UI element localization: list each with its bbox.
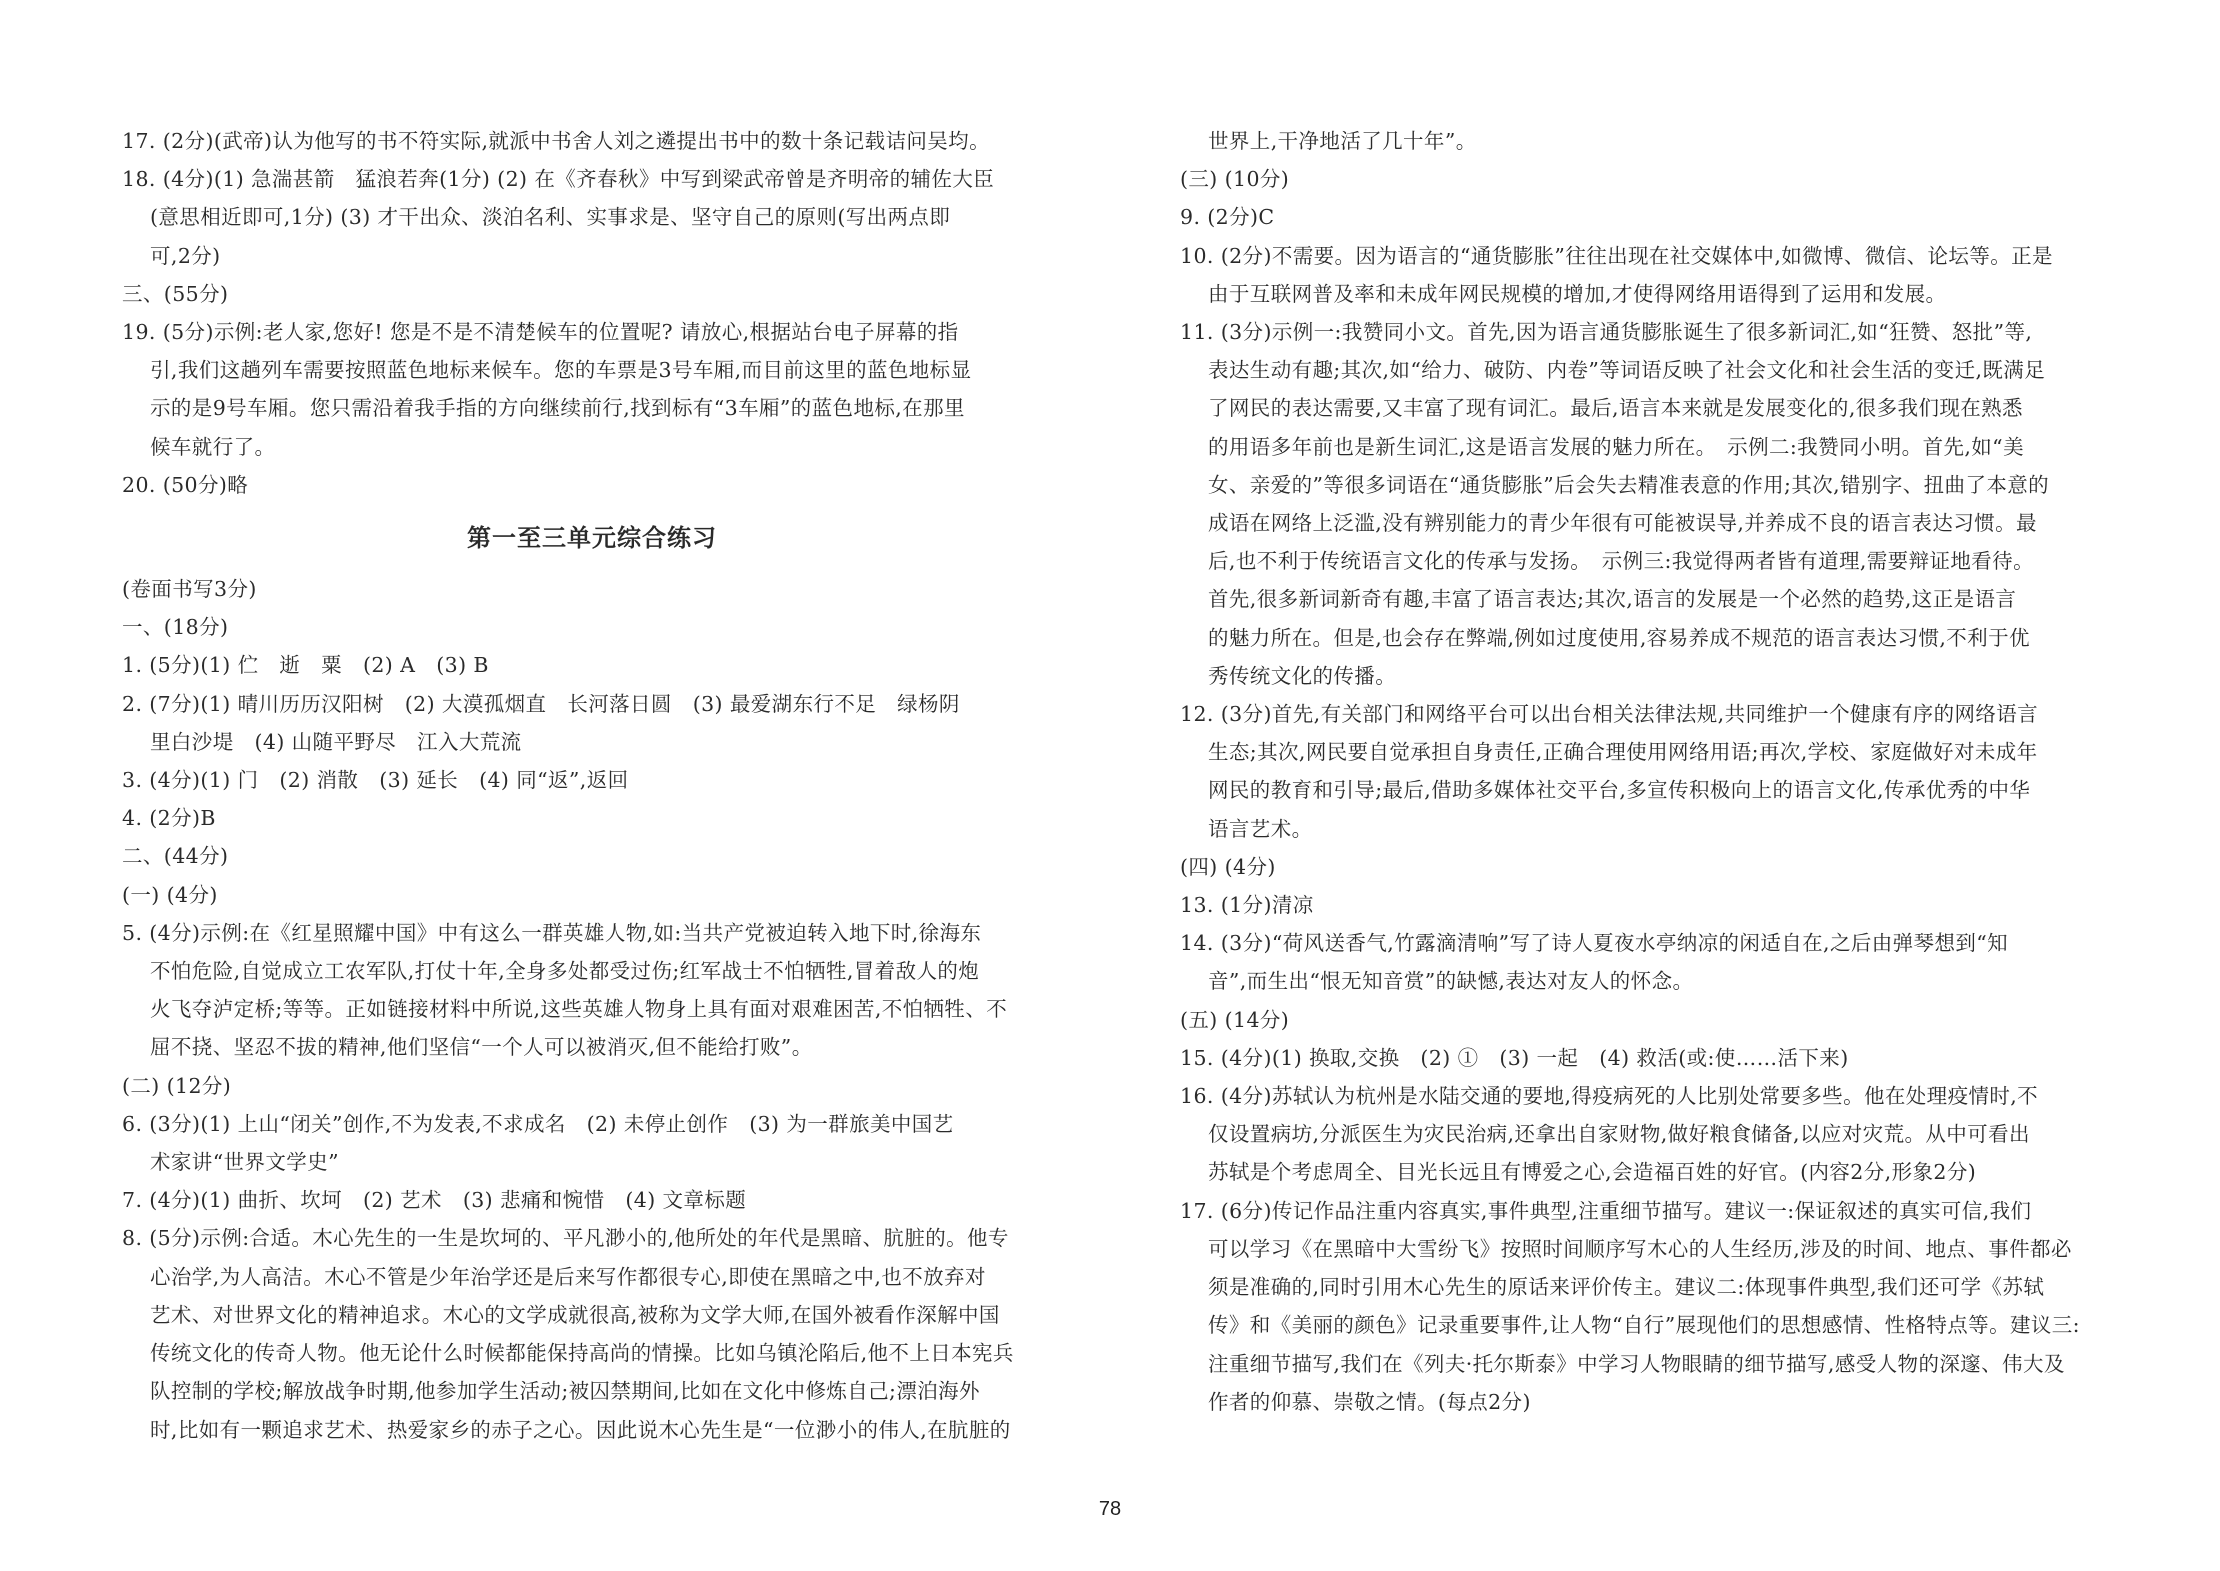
answer-line: (卷面书写3分) — [122, 570, 1062, 608]
answer-item: (二) (12分) — [122, 1067, 1062, 1105]
answer-item: 7. (4分)(1) 曲折、坎坷 (2) 艺术 (3) 悲痛和惋惜 (4) 文章… — [122, 1181, 1062, 1219]
answer-continuation-line: 示的是9号车厢。您只需沿着我手指的方向继续前行,找到标有“3车厢”的蓝色地标,在… — [122, 389, 1062, 427]
answer-item: 9. (2分)C — [1180, 198, 2120, 236]
answer-continuation-line: 首先,很多新词新奇有趣,丰富了语言表达;其次,语言的发展是一个必然的趋势,这正是… — [1180, 580, 2120, 618]
answer-continuation-line: 由于互联网普及率和未成年网民规模的增加,才使得网络用语得到了运用和发展。 — [1180, 275, 2120, 313]
answer-continuation-line: 注重细节描写,我们在《列夫·托尔斯泰》中学习人物眼睛的细节描写,感受人物的深邃、… — [1180, 1345, 2120, 1383]
answer-item: 10. (2分)不需要。因为语言的“通货膨胀”往往出现在社交媒体中,如微博、微信… — [1180, 237, 2120, 313]
answer-item: 3. (4分)(1) 门 (2) 消散 (3) 延长 (4) 同“返”,返回 — [122, 761, 1062, 799]
answer-continuation-line: 艺术、对世界文化的精神追求。木心的文学成就很高,被称为文学大师,在国外被看作深解… — [122, 1296, 1062, 1334]
answer-line: 17. (2分)(武帝)认为他写的书不符实际,就派中书舍人刘之遴提出书中的数十条… — [122, 122, 1062, 160]
answer-continuation-line: 后,也不利于传统语言文化的传承与发扬。 示例三:我觉得两者皆有道理,需要辩证地看… — [1180, 542, 2120, 580]
answer-continuation-line: 引,我们这趟列车需要按照蓝色地标来候车。您的车票是3号车厢,而目前这里的蓝色地标… — [122, 351, 1062, 389]
answer-item: 19. (5分)示例:老人家,您好! 您是不是不清楚候车的位置呢? 请放心,根据… — [122, 313, 1062, 466]
answer-continuation-line: 可,2分) — [122, 237, 1062, 275]
answer-continuation-line: 仅设置病坊,分派医生为灾民治病,还拿出自家财物,做好粮食储备,以应对灾荒。从中可… — [1180, 1115, 2120, 1153]
answer-line: (一) (4分) — [122, 876, 1062, 914]
answer-item: (卷面书写3分) — [122, 570, 1062, 608]
right-column: 世界上,干净地活了几十年”。(三) (10分)9. (2分)C10. (2分)不… — [1180, 122, 2120, 1421]
answer-item: 三、(55分) — [122, 275, 1062, 313]
section-title: 第一至三单元综合练习 — [122, 518, 1062, 558]
answer-line: 2. (7分)(1) 晴川历历汉阳树 (2) 大漠孤烟直 长河落日圆 (3) 最… — [122, 685, 1062, 723]
answer-item: 一、(18分) — [122, 608, 1062, 646]
answer-item: (一) (4分) — [122, 876, 1062, 914]
answer-continuation-line: 术家讲“世界文学史” — [122, 1143, 1062, 1181]
answer-item: 20. (50分)略 — [122, 466, 1062, 504]
answer-line: 19. (5分)示例:老人家,您好! 您是不是不清楚候车的位置呢? 请放心,根据… — [122, 313, 1062, 351]
answer-item: 4. (2分)B — [122, 799, 1062, 837]
answer-item: 1. (5分)(1) 伫 逝 粟 (2) A (3) B — [122, 646, 1062, 684]
answer-line: (三) (10分) — [1180, 160, 2120, 198]
answer-line: 17. (6分)传记作品注重内容真实,事件典型,注重细节描写。建议一:保证叙述的… — [1180, 1192, 2120, 1230]
answer-line: 15. (4分)(1) 换取,交换 (2) ① (3) 一起 (4) 救活(或:… — [1180, 1039, 2120, 1077]
answer-continuation-line: 的魅力所在。但是,也会存在弊端,例如过度使用,容易养成不规范的语言表达习惯,不利… — [1180, 619, 2120, 657]
answer-item: 8. (5分)示例:合适。木心先生的一生是坎坷的、平凡渺小的,他所处的年代是黑暗… — [122, 1219, 1062, 1448]
answer-continuation-line: 屈不挠、坚忍不拔的精神,他们坚信“一个人可以被消灭,但不能给打败”。 — [122, 1028, 1062, 1066]
answer-item: 17. (2分)(武帝)认为他写的书不符实际,就派中书舍人刘之遴提出书中的数十条… — [122, 122, 1062, 160]
answer-line: (二) (12分) — [122, 1067, 1062, 1105]
answer-item: 13. (1分)清凉 — [1180, 886, 2120, 924]
answer-line: 三、(55分) — [122, 275, 1062, 313]
answer-continuation-line: 的用语多年前也是新生词汇,这是语言发展的魅力所在。 示例二:我赞同小明。首先,如… — [1180, 428, 2120, 466]
answers-previous-unit: 17. (2分)(武帝)认为他写的书不符实际,就派中书舍人刘之遴提出书中的数十条… — [122, 122, 1062, 504]
answer-item: 12. (3分)首先,有关部门和网络平台可以出台相关法律法规,共同维护一个健康有… — [1180, 695, 2120, 848]
answer-continuation-line: 不怕危险,自觉成立工农军队,打仗十年,全身多处都受过伤;红军战士不怕牺牲,冒着敌… — [122, 952, 1062, 990]
answer-continuation-line: 须是准确的,同时引用木心先生的原话来评价传主。建议二:体现事件典型,我们还可学《… — [1180, 1268, 2120, 1306]
answer-continuation-line: 作者的仰慕、崇敬之情。(每点2分) — [1180, 1383, 2120, 1421]
answer-item: (四) (4分) — [1180, 848, 2120, 886]
answer-continuation-line: 可以学习《在黑暗中大雪纷飞》按照时间顺序写木心的人生经历,涉及的时间、地点、事件… — [1180, 1230, 2120, 1268]
document-page: 17. (2分)(武帝)认为他写的书不符实际,就派中书舍人刘之遴提出书中的数十条… — [0, 0, 2220, 1571]
answer-continuation-line: 心治学,为人高洁。木心不管是少年治学还是后来写作都很专心,即使在黑暗之中,也不放… — [122, 1258, 1062, 1296]
answer-item: 16. (4分)苏轼认为杭州是水陆交通的要地,得疫病死的人比别处常要多些。他在处… — [1180, 1077, 2120, 1192]
answer-continuation-line: 生态;其次,网民要自觉承担自身责任,正确合理使用网络用语;再次,学校、家庭做好对… — [1180, 733, 2120, 771]
answer-line: 1. (5分)(1) 伫 逝 粟 (2) A (3) B — [122, 646, 1062, 684]
answer-continuation-line: 女、亲爱的”等很多词语在“通货膨胀”后会失去精准表意的作用;其次,错别字、扭曲了… — [1180, 466, 2120, 504]
answer-item: 11. (3分)示例一:我赞同小文。首先,因为语言通货膨胀诞生了很多新词汇,如“… — [1180, 313, 2120, 695]
answer-line: 3. (4分)(1) 门 (2) 消散 (3) 延长 (4) 同“返”,返回 — [122, 761, 1062, 799]
answer-continuation-line: 苏轼是个考虑周全、目光长远且有博爱之心,会造福百姓的好官。(内容2分,形象2分) — [1180, 1153, 2120, 1191]
answer-line: 9. (2分)C — [1180, 198, 2120, 236]
page-number: 78 — [0, 1498, 2220, 1521]
answer-line: 11. (3分)示例一:我赞同小文。首先,因为语言通货膨胀诞生了很多新词汇,如“… — [1180, 313, 2120, 351]
answer-line: 16. (4分)苏轼认为杭州是水陆交通的要地,得疫病死的人比别处常要多些。他在处… — [1180, 1077, 2120, 1115]
answer-item: 14. (3分)“荷风送香气,竹露滴清响”写了诗人夏夜水亭纳凉的闲适自在,之后由… — [1180, 924, 2120, 1000]
answer-continuation-line: 成语在网络上泛滥,没有辨别能力的青少年很有可能被误导,并养成不良的语言表达习惯。… — [1180, 504, 2120, 542]
answer-line: 12. (3分)首先,有关部门和网络平台可以出台相关法律法规,共同维护一个健康有… — [1180, 695, 2120, 733]
answer-continuation-line: 传统文化的传奇人物。他无论什么时候都能保持高尚的情操。比如乌镇沦陷后,他不上日本… — [122, 1334, 1062, 1372]
answer-continuation-line: 表达生动有趣;其次,如“给力、破防、内卷”等词语反映了社会文化和社会生活的变迁,… — [1180, 351, 2120, 389]
answer-line: 10. (2分)不需要。因为语言的“通货膨胀”往往出现在社交媒体中,如微博、微信… — [1180, 237, 2120, 275]
answer-line: 二、(44分) — [122, 837, 1062, 875]
answer-continuation-line: 秀传统文化的传播。 — [1180, 657, 2120, 695]
answer-line: 7. (4分)(1) 曲折、坎坷 (2) 艺术 (3) 悲痛和惋惜 (4) 文章… — [122, 1181, 1062, 1219]
answer-continuation-line: 里白沙堤 (4) 山随平野尽 江入大荒流 — [122, 723, 1062, 761]
answer-continuation-line: 时,比如有一颗追求艺术、热爱家乡的赤子之心。因此说木心先生是“一位渺小的伟人,在… — [122, 1411, 1062, 1449]
left-column: 17. (2分)(武帝)认为他写的书不符实际,就派中书舍人刘之遴提出书中的数十条… — [122, 122, 1062, 1449]
answer-continuation-line: 网民的教育和引导;最后,借助多媒体社交平台,多宣传积极向上的语言文化,传承优秀的… — [1180, 771, 2120, 809]
answer-item: (五) (14分) — [1180, 1001, 2120, 1039]
answer-continuation-line: 火飞夺泸定桥;等等。正如链接材料中所说,这些英雄人物身上具有面对艰难困苦,不怕牺… — [122, 990, 1062, 1028]
answer-line: (五) (14分) — [1180, 1001, 2120, 1039]
answers-unit-1-3: (卷面书写3分)一、(18分)1. (5分)(1) 伫 逝 粟 (2) A (3… — [122, 570, 1062, 1449]
answer-item: 6. (3分)(1) 上山“闭关”创作,不为发表,不求成名 (2) 未停止创作 … — [122, 1105, 1062, 1181]
answer-line: 8. (5分)示例:合适。木心先生的一生是坎坷的、平凡渺小的,他所处的年代是黑暗… — [122, 1219, 1062, 1257]
answer-line: 一、(18分) — [122, 608, 1062, 646]
answer-line: 14. (3分)“荷风送香气,竹露滴清响”写了诗人夏夜水亭纳凉的闲适自在,之后由… — [1180, 924, 2120, 962]
answer-line: (四) (4分) — [1180, 848, 2120, 886]
answer-line: 13. (1分)清凉 — [1180, 886, 2120, 924]
answer-item: 二、(44分) — [122, 837, 1062, 875]
answer-line: 20. (50分)略 — [122, 466, 1062, 504]
answer-line: 5. (4分)示例:在《红星照耀中国》中有这么一群英雄人物,如:当共产党被迫转入… — [122, 914, 1062, 952]
answer-line: 4. (2分)B — [122, 799, 1062, 837]
answer-continuation-line: (意思相近即可,1分) (3) 才干出众、淡泊名利、实事求是、坚守自己的原则(写… — [122, 198, 1062, 236]
answer-item: 世界上,干净地活了几十年”。 — [1180, 122, 2120, 160]
answer-continuation-line: 候车就行了。 — [122, 428, 1062, 466]
answer-line: 18. (4分)(1) 急湍甚箭 猛浪若奔(1分) (2) 在《齐春秋》中写到梁… — [122, 160, 1062, 198]
answer-item: 17. (6分)传记作品注重内容真实,事件典型,注重细节描写。建议一:保证叙述的… — [1180, 1192, 2120, 1421]
answer-item: 15. (4分)(1) 换取,交换 (2) ① (3) 一起 (4) 救活(或:… — [1180, 1039, 2120, 1077]
answer-item: (三) (10分) — [1180, 160, 2120, 198]
answer-continuation-line: 语言艺术。 — [1180, 810, 2120, 848]
answer-item: 2. (7分)(1) 晴川历历汉阳树 (2) 大漠孤烟直 长河落日圆 (3) 最… — [122, 685, 1062, 761]
answer-line: 6. (3分)(1) 上山“闭关”创作,不为发表,不求成名 (2) 未停止创作 … — [122, 1105, 1062, 1143]
answer-continuation-line: 了网民的表达需要,又丰富了现有词汇。最后,语言本来就是发展变化的,很多我们现在熟… — [1180, 389, 2120, 427]
answers-continued: 世界上,干净地活了几十年”。(三) (10分)9. (2分)C10. (2分)不… — [1180, 122, 2120, 1421]
answer-continuation-line: 音”,而生出“恨无知音赏”的缺憾,表达对友人的怀念。 — [1180, 962, 2120, 1000]
answer-continuation-line: 传》和《美丽的颜色》记录重要事件,让人物“自行”展现他们的思想感情、性格特点等。… — [1180, 1306, 2120, 1344]
answer-item: 5. (4分)示例:在《红星照耀中国》中有这么一群英雄人物,如:当共产党被迫转入… — [122, 914, 1062, 1067]
answer-item: 18. (4分)(1) 急湍甚箭 猛浪若奔(1分) (2) 在《齐春秋》中写到梁… — [122, 160, 1062, 275]
answer-continuation-line: 队控制的学校;解放战争时期,他参加学生活动;被囚禁期间,比如在文化中修炼自己;漂… — [122, 1372, 1062, 1410]
answer-continuation-line: 世界上,干净地活了几十年”。 — [1180, 122, 2120, 160]
